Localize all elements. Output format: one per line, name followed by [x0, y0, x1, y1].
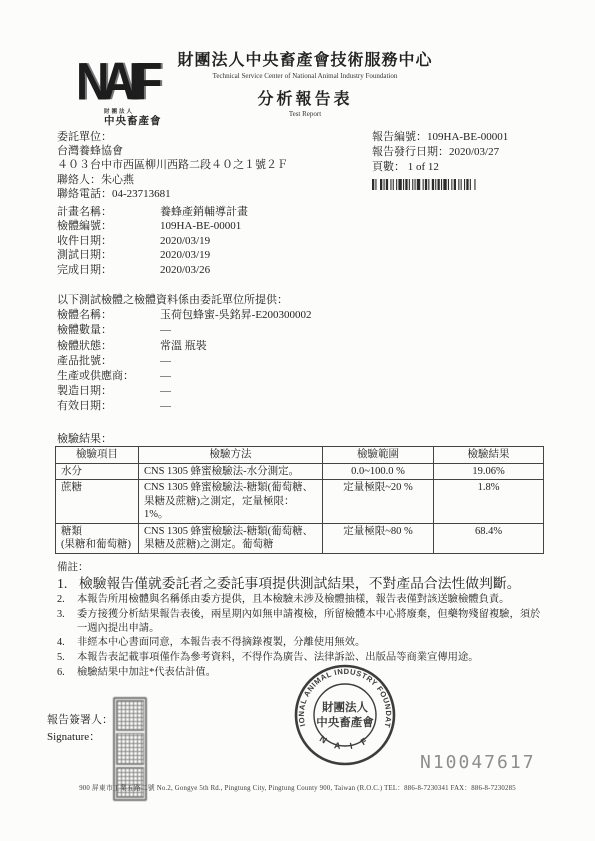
- result-range: 定量極限~80 %: [323, 523, 434, 553]
- table-row: 蔗糖 CNS 1305 蜂蜜檢驗法-糖類(葡萄糖、果糖及蔗糖)之測定，定量極限：…: [56, 480, 544, 524]
- field-label: 有效日期：: [57, 399, 160, 414]
- report-title: 分析報告表: [130, 86, 480, 109]
- signature-label-en: Signature：: [47, 729, 113, 746]
- note-item: 3.委方接獲分析結果報告表後，兩星期內如無申請複檢，所留檢體本中心將廢棄，但藥物…: [57, 608, 549, 636]
- field-value: 常溫 瓶裝: [160, 339, 207, 354]
- report-meta: 報告編號：109HA-BE-00001 報告發行日期：2020/03/27 頁數…: [372, 130, 508, 175]
- col-header-method: 檢驗方法: [139, 447, 323, 464]
- field-value: 109HA-BE-00001: [160, 219, 241, 233]
- case-field: 計畫名稱：養蜂產銷輔導計畫: [57, 205, 248, 219]
- field-value: —: [160, 369, 171, 384]
- result-method: CNS 1305 蜂蜜檢驗法-糖類(葡萄糖、果糖及蔗糖)之測定。葡萄糖: [139, 523, 323, 553]
- client-address: ４０３台中市西區柳川西路二段４０之１號２Ｆ: [57, 158, 288, 172]
- document-serial-number: N10047617: [420, 752, 536, 773]
- sample-field: 檢體狀態：常溫 瓶裝: [57, 339, 312, 354]
- svg-text:N A I F: N A I F: [318, 734, 372, 752]
- org-subtitle: Technical Service Center of National Ani…: [130, 72, 480, 80]
- sample-intro: 以下測試檢體之檢體資料係由委託單位所提供：: [57, 293, 312, 308]
- case-field: 完成日期：2020/03/26: [57, 263, 248, 277]
- table-row: 糖類 (果糖和葡萄糖) CNS 1305 蜂蜜檢驗法-糖類(葡萄糖、果糖及蔗糖)…: [56, 523, 544, 553]
- note-number: 6.: [57, 666, 77, 680]
- note-item: 1.檢驗報告僅就委託者之委託事項提供測試結果，不對產品合法性做判斷。: [57, 575, 549, 592]
- field-label: 計畫名稱：: [57, 205, 160, 219]
- note-item: 2.本報告所用檢體與名稱係由委方提供，且本檢驗未涉及檢體抽樣，報告表僅對該送驗檢…: [57, 593, 549, 607]
- report-issue-date: 報告發行日期：2020/03/27: [372, 145, 508, 160]
- results-section-label: 檢驗結果：: [57, 430, 112, 446]
- field-value: —: [160, 323, 171, 338]
- note-text: 非經本中心書面同意，本報告表不得摘錄複製，分離使用無效。: [77, 636, 365, 650]
- results-table: 檢驗項目 檢驗方法 檢驗範圍 檢驗結果 水分 CNS 1305 蜂蜜檢驗法-水分…: [55, 446, 544, 554]
- note-text: 本報告所用檢體與名稱係由委方提供，且本檢驗未涉及檢體抽樣，報告表僅對該送驗檢體負…: [77, 593, 509, 607]
- header-titles: 財團法人中央畜產會技術服務中心 Technical Service Center…: [130, 47, 480, 118]
- signature-block: 報告簽署人： Signature：: [47, 712, 113, 746]
- client-phone: 聯絡電話：04-23713681: [57, 187, 288, 201]
- note-text: 檢驗結果中加註*代表估計值。: [77, 666, 216, 680]
- field-label: 檢體編號：: [57, 219, 160, 233]
- result-method: CNS 1305 蜂蜜檢驗法-糖類(葡萄糖、果糖及蔗糖)之測定，定量極限：1%。: [139, 480, 323, 524]
- seal-center-line2: 中央畜產會: [316, 715, 374, 729]
- field-label: 產品批號：: [57, 354, 160, 369]
- note-text: 委方接獲分析結果報告表後，兩星期內如無申請複檢，所留檢體本中心將廢棄，但藥物殘留…: [77, 608, 549, 636]
- note-number: 1.: [57, 575, 79, 592]
- report-number: 報告編號：109HA-BE-00001: [372, 130, 508, 145]
- field-label: 完成日期：: [57, 263, 160, 277]
- sample-field: 生產或供應商：—: [57, 369, 312, 384]
- field-label: 生產或供應商：: [57, 369, 160, 384]
- col-header-range: 檢驗範圍: [323, 447, 434, 464]
- case-field: 測試日期：2020/03/19: [57, 248, 248, 262]
- note-number: 4.: [57, 636, 77, 650]
- result-value: 68.4%: [434, 523, 544, 553]
- report-subtitle: Test Report: [130, 110, 480, 118]
- seal-center-line1: 財團法人: [322, 700, 368, 714]
- foundation-seal: NATIONAL ANIMAL INDUSTRY FOUNDATION N A …: [292, 661, 398, 769]
- test-report-page: NAIF 財團法人 中央畜產會 財團法人中央畜產會技術服務中心 Technica…: [0, 0, 595, 841]
- result-item: 水分: [56, 463, 139, 480]
- report-page-count: 頁數： 1 of 12: [372, 160, 508, 175]
- result-value: 1.8%: [434, 480, 544, 524]
- note-number: 3.: [57, 608, 77, 636]
- field-value: 養蜂產銷輔導計畫: [160, 205, 248, 219]
- seal-ring-bottom-text: N A I F: [318, 734, 372, 752]
- client-contact: 聯絡人：朱心燕: [57, 173, 288, 187]
- sample-field: 檢體名稱：玉荷包蜂蜜-吳銘昇-E200300002: [57, 308, 312, 323]
- stamp-segment: [116, 700, 144, 731]
- field-value: 2020/03/19: [160, 248, 210, 262]
- field-label: 檢體狀態：: [57, 339, 160, 354]
- sample-field: 有效日期：—: [57, 399, 312, 414]
- field-value: —: [160, 399, 171, 414]
- case-field: 檢體編號：109HA-BE-00001: [57, 219, 248, 233]
- note-number: 2.: [57, 593, 77, 607]
- note-item: 4.非經本中心書面同意，本報告表不得摘錄複製，分離使用無效。: [57, 636, 549, 650]
- note-text: 本報告表記載事項僅作為參考資料，不得作為廣告、法律訴訟、出版品等商業宣傳用途。: [77, 651, 479, 665]
- result-range: 0.0~100.0 %: [323, 463, 434, 480]
- notes-label: 備註：: [57, 559, 549, 574]
- field-value: —: [160, 384, 171, 399]
- field-label: 測試日期：: [57, 248, 160, 262]
- field-value: 玉荷包蜂蜜-吳銘昇-E200300002: [160, 308, 312, 323]
- col-header-result: 檢驗結果: [434, 447, 544, 464]
- field-label: 檢體名稱：: [57, 308, 160, 323]
- sample-field: 檢體數量：—: [57, 323, 312, 338]
- note-text: 檢驗報告僅就委託者之委託事項提供測試結果，不對產品合法性做判斷。: [79, 575, 521, 592]
- case-field: 收件日期：2020/03/19: [57, 234, 248, 248]
- footer-address: 900 屏東市工業五路二號 No.2, Gongye 5th Rd., Ping…: [0, 782, 595, 792]
- field-label: 製造日期：: [57, 384, 160, 399]
- field-value: —: [160, 354, 171, 369]
- note-number: 5.: [57, 651, 77, 665]
- field-label: 收件日期：: [57, 234, 160, 248]
- client-info: 委託單位： 台灣養蜂協會 ４０３台中市西區柳川西路二段４０之１號２Ｆ 聯絡人：朱…: [57, 130, 288, 201]
- sample-info: 以下測試檢體之檢體資料係由委託單位所提供： 檢體名稱：玉荷包蜂蜜-吳銘昇-E20…: [57, 293, 312, 415]
- client-unit-label: 委託單位：: [57, 130, 288, 144]
- client-unit-name: 台灣養蜂協會: [57, 144, 288, 158]
- case-info: 計畫名稱：養蜂產銷輔導計畫 檢體編號：109HA-BE-00001 收件日期：2…: [57, 205, 248, 277]
- results-header-row: 檢驗項目 檢驗方法 檢驗範圍 檢驗結果: [56, 447, 544, 464]
- table-row: 水分 CNS 1305 蜂蜜檢驗法-水分測定。 0.0~100.0 % 19.0…: [56, 463, 544, 480]
- sample-field: 產品批號：—: [57, 354, 312, 369]
- signature-label-zh: 報告簽署人：: [47, 712, 113, 729]
- col-header-item: 檢驗項目: [56, 447, 139, 464]
- field-value: 2020/03/19: [160, 234, 210, 248]
- result-item: 糖類 (果糖和葡萄糖): [56, 523, 139, 553]
- sample-field: 製造日期：—: [57, 384, 312, 399]
- field-value: 2020/03/26: [160, 263, 210, 277]
- org-title: 財團法人中央畜產會技術服務中心: [130, 47, 480, 70]
- barcode: [372, 179, 524, 190]
- result-range: 定量極限~20 %: [323, 480, 434, 524]
- field-label: 檢體數量：: [57, 323, 160, 338]
- result-value: 19.06%: [434, 463, 544, 480]
- result-item: 蔗糖: [56, 480, 139, 524]
- stamp-segment: [116, 733, 144, 764]
- result-method: CNS 1305 蜂蜜檢驗法-水分測定。: [139, 463, 323, 480]
